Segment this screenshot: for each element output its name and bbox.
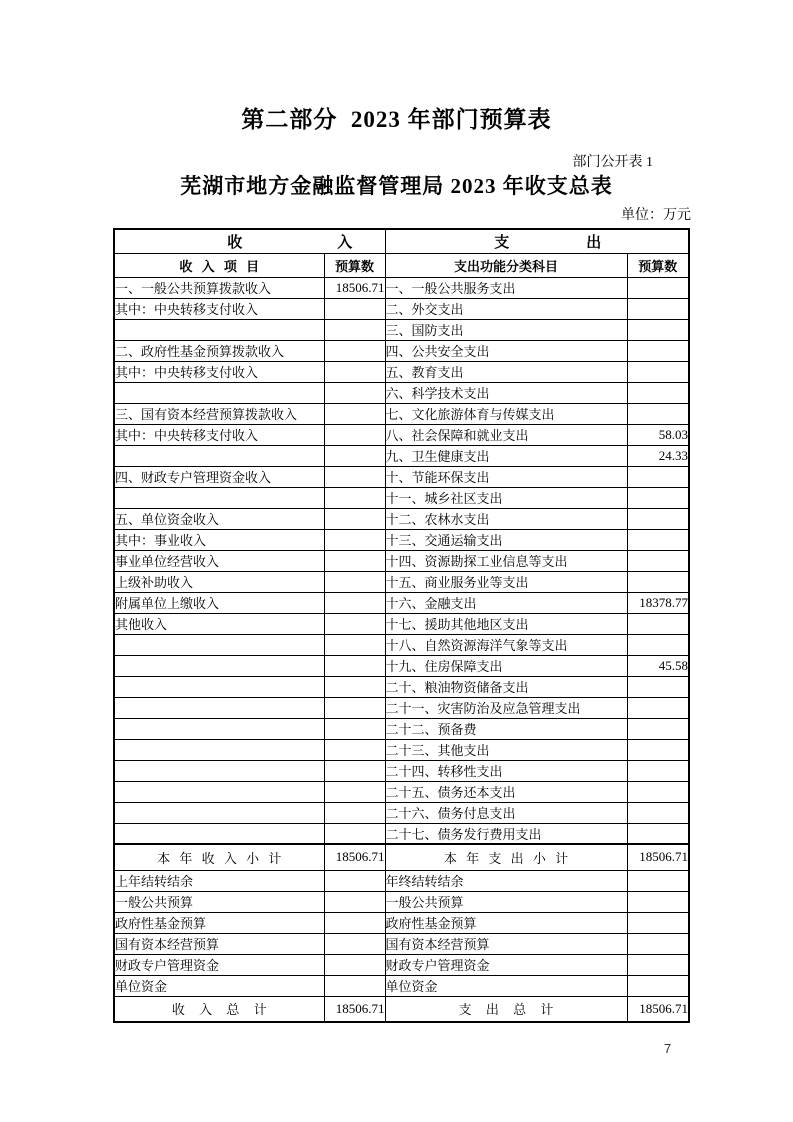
table-row: 九、卫生健康支出24.33 [114,445,689,466]
expense-item-cell: 十四、资源勘探工业信息等支出 [385,550,627,571]
expense-budget-cell [627,466,689,487]
expense-item-cell: 年终结转结余 [385,870,627,891]
expense-budget-cell [627,760,689,781]
table-row: 上级补助收入十五、商业服务业等支出 [114,571,689,592]
table-row: 二十七、债务发行费用支出 [114,823,689,844]
income-budget-cell [324,781,385,802]
income-budget-cell [324,361,385,382]
expense-budget-cell: 45.58 [627,655,689,676]
expense-item-cell: 二十四、转移性支出 [385,760,627,781]
income-item-cell: 财政专户管理资金 [114,954,324,975]
income-item-cell: 五、单位资金收入 [114,508,324,529]
income-item-cell [114,781,324,802]
expense-budget-cell [627,891,689,912]
expense-item-cell: 单位资金 [385,975,627,996]
table-row: 一般公共预算一般公共预算 [114,891,689,912]
table-row: 二十六、债务付息支出 [114,802,689,823]
table-row: 其中：中央转移支付收入二、外交支出 [114,298,689,319]
income-budget-cell [324,298,385,319]
income-item-cell: 政府性基金预算 [114,912,324,933]
table-row: 财政专户管理资金财政专户管理资金 [114,954,689,975]
income-item-cell: 其中：中央转移支付收入 [114,424,324,445]
income-budget-cell: 18506.71 [324,844,385,870]
income-budget-cell [324,676,385,697]
income-budget-cell [324,760,385,781]
expense-budget-cell [627,340,689,361]
income-item-cell: 其中：中央转移支付收入 [114,298,324,319]
income-item-cell [114,802,324,823]
expense-budget-cell [627,676,689,697]
income-item-cell: 上级补助收入 [114,571,324,592]
income-item-cell: 上年结转结余 [114,870,324,891]
table-row: 二十、粮油物资储备支出 [114,676,689,697]
income-item-cell: 收 入 总 计 [114,996,324,1022]
table-row: 其中：中央转移支付收入八、社会保障和就业支出58.03 [114,424,689,445]
income-budget-cell [324,802,385,823]
income-item-cell: 国有资本经营预算 [114,933,324,954]
income-budget-cell [324,466,385,487]
income-budget-cell [324,382,385,403]
income-budget-cell [324,933,385,954]
expense-item-cell: 二十二、预备费 [385,718,627,739]
income-budget-cell [324,823,385,844]
budget-table-body: 一、一般公共预算拨款收入18506.71一、一般公共服务支出其中：中央转移支付收… [114,277,689,1022]
income-budget-cell [324,655,385,676]
expense-budget-cell: 24.33 [627,445,689,466]
table-row: 国有资本经营预算国有资本经营预算 [114,933,689,954]
income-item-cell: 三、国有资本经营预算拨款收入 [114,403,324,424]
expense-section-header-label: 支出 [494,235,678,251]
income-item-cell [114,487,324,508]
expense-item-cell: 六、科学技术支出 [385,382,627,403]
table-row: 五、单位资金收入十二、农林水支出 [114,508,689,529]
table-row: 附属单位上缴收入十六、金融支出18378.77 [114,592,689,613]
expense-item-cell: 二十、粮油物资储备支出 [385,676,627,697]
table-column-header-row: 收 入 项 目 预算数 支出功能分类科目 预算数 [114,253,689,277]
expense-budget-cell [627,529,689,550]
income-item-cell [114,655,324,676]
income-budget-cell: 18506.71 [324,277,385,298]
income-item-cell: 其中：中央转移支付收入 [114,361,324,382]
table-row: 三、国有资本经营预算拨款收入七、文化旅游体育与传媒支出 [114,403,689,424]
budget-table: 收入 支出 收 入 项 目 预算数 支出功能分类科目 预算数 一、一般公共预算拨… [113,228,690,1023]
income-item-cell [114,739,324,760]
expense-budget-cell: 18506.71 [627,996,689,1022]
expense-item-cell: 十二、农林水支出 [385,508,627,529]
income-item-col-header: 收 入 项 目 [114,253,324,277]
expense-budget-cell [627,277,689,298]
income-item-cell [114,634,324,655]
expense-item-cell: 十三、交通运输支出 [385,529,627,550]
expense-item-cell: 十八、自然资源海洋气象等支出 [385,634,627,655]
income-item-cell: 事业单位经营收入 [114,550,324,571]
expense-budget-cell [627,487,689,508]
expense-item-cell: 八、社会保障和就业支出 [385,424,627,445]
income-budget-cell [324,592,385,613]
income-section-header-label: 收入 [227,235,385,251]
expense-budget-cell [627,403,689,424]
income-budget-col-header: 预算数 [324,253,385,277]
expense-budget-col-header: 预算数 [627,253,689,277]
expense-item-cell: 九、卫生健康支出 [385,445,627,466]
income-budget-cell [324,445,385,466]
income-item-cell: 本 年 收 入 小 计 [114,844,324,870]
table-row: 政府性基金预算政府性基金预算 [114,912,689,933]
expense-item-cell: 十六、金融支出 [385,592,627,613]
table-row: 十九、住房保障支出45.58 [114,655,689,676]
table-row: 本 年 收 入 小 计18506.71本 年 支 出 小 计18506.71 [114,844,689,870]
table-row: 三、国防支出 [114,319,689,340]
table-row: 事业单位经营收入十四、资源勘探工业信息等支出 [114,550,689,571]
part-title: 第二部分 2023 年部门预算表 [0,101,793,134]
income-section-header: 收入 [114,229,385,253]
income-item-cell: 其中：事业收入 [114,529,324,550]
expense-item-cell: 支 出 总 计 [385,996,627,1022]
expense-budget-cell [627,550,689,571]
table-row: 十八、自然资源海洋气象等支出 [114,634,689,655]
expense-budget-cell [627,634,689,655]
expense-item-cell: 七、文化旅游体育与传媒支出 [385,403,627,424]
table-row: 二十三、其他支出 [114,739,689,760]
expense-budget-cell [627,361,689,382]
expense-budget-cell [627,382,689,403]
unit-note: 单位：万元 [621,204,691,224]
income-item-cell [114,445,324,466]
income-budget-cell [324,975,385,996]
expense-budget-cell [627,571,689,592]
page-number: 7 [664,1041,671,1056]
table-row: 收 入 总 计18506.71支 出 总 计18506.71 [114,996,689,1022]
expense-item-cell: 十七、援助其他地区支出 [385,613,627,634]
expense-item-cell: 二十一、灾害防治及应急管理支出 [385,697,627,718]
table-row: 其中：中央转移支付收入五、教育支出 [114,361,689,382]
expense-item-cell: 十、节能环保支出 [385,466,627,487]
income-budget-cell [324,739,385,760]
expense-budget-cell [627,508,689,529]
expense-item-cell: 十一、城乡社区支出 [385,487,627,508]
income-item-cell [114,718,324,739]
income-budget-cell [324,697,385,718]
expense-budget-cell: 18506.71 [627,844,689,870]
expense-item-cell: 五、教育支出 [385,361,627,382]
expense-item-cell: 本 年 支 出 小 计 [385,844,627,870]
income-item-cell [114,697,324,718]
expense-item-cell: 十九、住房保障支出 [385,655,627,676]
expense-item-cell: 三、国防支出 [385,319,627,340]
table-row: 十一、城乡社区支出 [114,487,689,508]
expense-item-cell: 二十七、债务发行费用支出 [385,823,627,844]
income-item-cell: 二、政府性基金预算拨款收入 [114,340,324,361]
expense-budget-cell [627,823,689,844]
expense-budget-cell: 58.03 [627,424,689,445]
table-label: 部门公开表 1 [573,151,654,171]
table-row: 其他收入十七、援助其他地区支出 [114,613,689,634]
expense-item-cell: 一、一般公共服务支出 [385,277,627,298]
expense-item-cell: 二十六、债务付息支出 [385,802,627,823]
income-budget-cell [324,634,385,655]
income-item-cell: 一般公共预算 [114,891,324,912]
table-row: 四、财政专户管理资金收入十、节能环保支出 [114,466,689,487]
expense-section-header: 支出 [385,229,689,253]
table-row: 一、一般公共预算拨款收入18506.71一、一般公共服务支出 [114,277,689,298]
expense-budget-cell [627,870,689,891]
income-budget-cell [324,487,385,508]
expense-item-cell: 国有资本经营预算 [385,933,627,954]
expense-budget-cell [627,697,689,718]
income-budget-cell [324,424,385,445]
expense-budget-cell [627,781,689,802]
income-item-cell: 附属单位上缴收入 [114,592,324,613]
expense-budget-cell [627,802,689,823]
income-item-cell [114,319,324,340]
income-budget-cell [324,613,385,634]
expense-item-col-header: 支出功能分类科目 [385,253,627,277]
table-row: 二、政府性基金预算拨款收入四、公共安全支出 [114,340,689,361]
income-item-cell [114,382,324,403]
income-item-cell: 单位资金 [114,975,324,996]
table-row: 二十二、预备费 [114,718,689,739]
expense-item-cell: 二、外交支出 [385,298,627,319]
doc-title: 芜湖市地方金融监督管理局 2023 年收支总表 [0,170,793,200]
expense-item-cell: 四、公共安全支出 [385,340,627,361]
income-budget-cell [324,718,385,739]
expense-budget-cell: 18378.77 [627,592,689,613]
table-row: 六、科学技术支出 [114,382,689,403]
income-budget-cell [324,870,385,891]
expense-budget-cell [627,319,689,340]
income-budget-cell [324,508,385,529]
expense-budget-cell [627,613,689,634]
income-budget-cell [324,550,385,571]
income-item-cell [114,823,324,844]
table-row: 单位资金单位资金 [114,975,689,996]
expense-item-cell: 财政专户管理资金 [385,954,627,975]
income-budget-cell [324,571,385,592]
income-budget-cell [324,954,385,975]
table-row: 二十五、债务还本支出 [114,781,689,802]
table-row: 上年结转结余年终结转结余 [114,870,689,891]
expense-budget-cell [627,933,689,954]
income-item-cell: 一、一般公共预算拨款收入 [114,277,324,298]
expense-budget-cell [627,975,689,996]
income-item-cell: 四、财政专户管理资金收入 [114,466,324,487]
income-item-cell: 其他收入 [114,613,324,634]
table-row: 其中：事业收入十三、交通运输支出 [114,529,689,550]
expense-item-cell: 政府性基金预算 [385,912,627,933]
expense-item-cell: 二十五、债务还本支出 [385,781,627,802]
table-row: 二十四、转移性支出 [114,760,689,781]
expense-item-cell: 十五、商业服务业等支出 [385,571,627,592]
income-item-cell [114,676,324,697]
table-section-header-row: 收入 支出 [114,229,689,253]
expense-budget-cell [627,718,689,739]
expense-budget-cell [627,739,689,760]
table-row: 二十一、灾害防治及应急管理支出 [114,697,689,718]
expense-item-cell: 二十三、其他支出 [385,739,627,760]
income-item-cell [114,760,324,781]
expense-budget-cell [627,298,689,319]
income-budget-cell [324,340,385,361]
income-budget-cell [324,319,385,340]
income-budget-cell [324,403,385,424]
income-budget-cell [324,529,385,550]
expense-item-cell: 一般公共预算 [385,891,627,912]
income-budget-cell [324,912,385,933]
expense-budget-cell [627,954,689,975]
income-budget-cell [324,891,385,912]
expense-budget-cell [627,912,689,933]
income-budget-cell: 18506.71 [324,996,385,1022]
